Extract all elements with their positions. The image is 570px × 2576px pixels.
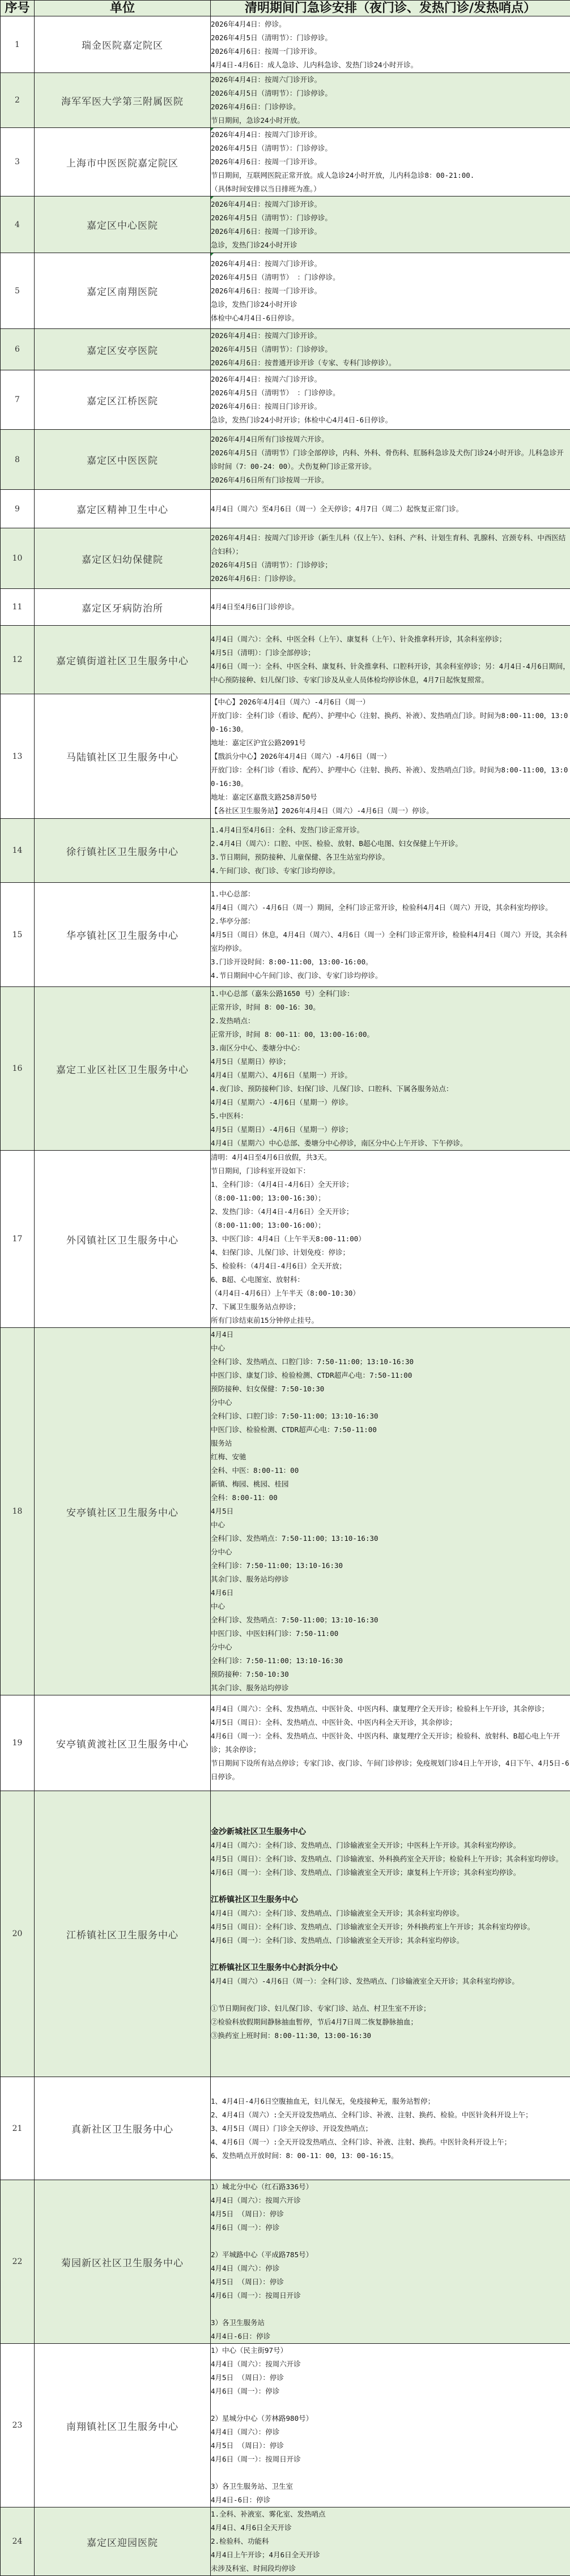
row-seq: 10 <box>1 528 35 589</box>
arrangement-line: 2026年4月4日所有门诊按周六开诊。 <box>211 433 570 446</box>
arrangement-line: 2026年4月6日：门诊停诊。 <box>211 572 570 586</box>
comment-marker-icon <box>211 196 214 199</box>
row-arrangement: 1.4月4日至4月6日：全科、发热门诊正常开诊。 2.4月4日（周六）：口腔、中… <box>211 819 570 883</box>
row-arrangement: 4月4日至4月6日门诊停诊。 <box>211 589 570 626</box>
arrangement-line: 2026年4月6日：按周一门诊开诊。 <box>211 225 570 238</box>
arrangement-line: 4月5日（周日）：全科门诊、发热哨点、门诊输液室、外科换药室全天开诊；检验科上午… <box>211 1852 570 1866</box>
arrangement-line: 4月4日-4月6日：成人急诊、儿内科急诊、发热门诊24小时开诊。 <box>211 58 570 72</box>
arrangement-line: 中医门诊、检验检测、CTDR超声心电：7:50-11:00 <box>211 1423 570 1437</box>
arrangement-line: 2026年4月6日所有门诊按周一开诊。 <box>211 473 570 487</box>
arrangement-line: 4月5日（周日）：全科门诊、发热哨点、门诊输液室全天开诊；外科换药室上午开诊；其… <box>211 1920 570 1934</box>
arrangement-line: 2026年4月4日：按周六门诊开诊。 <box>211 73 570 87</box>
arrangement-line: 1）城北分中心（红石路336号） <box>211 2180 570 2194</box>
arrangement-line: 4月4日（周六）：停诊 <box>211 2262 570 2275</box>
arrangement-line: 2）星城分中心（芳林路980号） <box>211 2412 570 2425</box>
arrangement-line: 4月4日（周六）-4月6日（周一）：全科门诊、发热哨点、门诊输液室全天开诊；其余… <box>211 1975 570 1988</box>
arrangement-line: 4月6日 <box>211 1586 570 1600</box>
row-seq: 19 <box>1 1695 35 1791</box>
row-unit: 嘉定区南翔医院 <box>35 253 211 329</box>
arrangement-line: 新镇、梅园、桃园、桂园 <box>211 1477 570 1491</box>
arrangement-line: 2026年4月4日：按周六门诊开诊。 <box>211 329 570 343</box>
arrangement-line: 正常开诊，时间 8：00-11：00，13:00-16:00。 <box>211 1028 570 1041</box>
arrangement-line: 其余门诊、服务站均停诊 <box>211 1573 570 1586</box>
table-row: 17 外冈镇社区卫生服务中心 清明：4月4日至4月6日放假，共3天。 节日期间，… <box>1 1151 570 1328</box>
arrangement-line: 4、妇保门诊、儿保门诊、计划免疫：停诊； <box>211 1246 570 1259</box>
arrangement-line: 2026年4月4日：按周六门诊开诊。 <box>211 128 570 142</box>
table-row: 5 嘉定区南翔医院 2026年4月4日：按周六门诊开诊。 2026年4月5日（清… <box>1 253 570 329</box>
arrangement-line: 5、检验科：（4月4日-4月6日）全天开放； <box>211 1259 570 1273</box>
row-unit: 嘉定镇街道社区卫生服务中心 <box>35 626 211 694</box>
row-seq: 24 <box>1 2507 35 2576</box>
arrangement-line: 节日期间，门诊科室开设如下： <box>211 1164 570 1178</box>
arrangement-line: 节日期间，急诊24小时开放。 <box>211 114 570 127</box>
arrangement-line: 4月6日（周一）：全科、发热哨点、中医针灸、中医内科、康复理疗全天开诊；检验科、… <box>211 1729 570 1757</box>
note-line: ①节日期间夜门诊、妇儿保门诊、专家门诊、站点、村卫生室不开诊； <box>211 2002 570 2015</box>
arrangement-line: 4.午间门诊、夜门诊、专家门诊均停诊。 <box>211 864 570 878</box>
arrangement-line: 4月4日（周六）至4月6日（周一）全天停诊；4月7日（周二）起恢复正常门诊。 <box>211 502 570 516</box>
arrangement-line: 2026年4月6日：按周一门诊开诊。 <box>211 284 570 298</box>
arrangement-line: 【戬浜分中心】2026年4月4日（周六）-4月6日（周一） <box>211 750 570 763</box>
arrangement-line: 4.节日期间中心午间门诊、夜门诊、专家门诊均停诊。 <box>211 969 570 982</box>
arrangement-line: 2.华亭分部： <box>211 915 570 928</box>
note-line: ②检验科放假期间静脉抽血暂停，节后4月7日周二恢复静脉抽血； <box>211 2015 570 2029</box>
arrangement-line: 4.夜门诊、预防接种门诊、妇保门诊、儿保门诊、口腔科、下属各服务站点： <box>211 1082 570 1096</box>
arrangement-line: 2026年4月5日（清明节）：门诊停诊。 <box>211 343 570 356</box>
row-arrangement: 金沙新城社区卫生服务中心 4月4日（周六）：全科门诊、发热哨点、门诊输液室全天开… <box>211 1791 570 2077</box>
row-seq: 20 <box>1 1791 35 2077</box>
row-seq: 22 <box>1 2180 35 2344</box>
arrangement-line: 4月4日至4月6日门诊停诊。 <box>211 600 570 614</box>
row-arrangement: 2026年4月4日：按周六门诊开诊。 2026年4月5日（清明节）：门诊停诊。 … <box>211 73 570 128</box>
arrangement-line: 3.南区分中心、娄塘分中心： <box>211 1041 570 1055</box>
arrangement-line: 预防接种、妇女保健：7:50-10:30 <box>211 1382 570 1396</box>
arrangement-line: 2026年4月4日：按周六门诊开诊（新生儿科（仅上午）、妇科、产科、计划生育科、… <box>211 531 570 558</box>
row-arrangement: 1、4月4日-4月6日空腹抽血无，妇儿保无，免疫接种无，服务站暂停； 2、4月4… <box>211 2077 570 2180</box>
arrangement-line: 4月4日（周六）：全科、中医全科（上午）、康复科（上午）、针灸推拿科开诊，其余科… <box>211 633 570 646</box>
arrangement-line: 地址：嘉定区沪宜公路2091号 <box>211 736 570 750</box>
arrangement-line: 【各社区卫生服务站】2026年4月4日（周六）-4月6日（周一）停诊。 <box>211 804 570 818</box>
row-unit: 马陆镇社区卫生服务中心 <box>35 694 211 819</box>
row-seq: 1 <box>1 16 35 73</box>
table-row: 7 嘉定区江桥医院 2026年4月4日：按周六门诊开诊。 2026年4月5日（清… <box>1 370 570 430</box>
arrangement-line: 4月6日（周一）：全科、中医全科、康复科、针灸推拿科、口腔科开诊，其余科室停诊；… <box>211 660 570 687</box>
row-unit: 安亭镇社区卫生服务中心 <box>35 1328 211 1695</box>
arrangement-line: 4月5日 <box>211 1505 570 1518</box>
row-seq: 9 <box>1 490 35 528</box>
table-row: 15 华亭镇社区卫生服务中心 1.中心总部： 4月4日（周六）-4月6日（周一）… <box>1 883 570 987</box>
row-unit: 嘉定区中心医院 <box>35 196 211 253</box>
arrangement-line: 2026年4月4日：按周六门诊开诊。 <box>211 257 570 271</box>
table-row: 1 瑞金医院嘉定院区 2026年4月4日：停诊。 2026年4月5日（清明节）：… <box>1 16 570 73</box>
row-unit: 华亭镇社区卫生服务中心 <box>35 883 211 987</box>
row-unit: 嘉定区迎园医院 <box>35 2507 211 2576</box>
arrangement-line: 未涉及科室、时间段均停诊 <box>211 2562 570 2575</box>
row-seq: 5 <box>1 253 35 329</box>
table-row: 8 嘉定区中医医院 2026年4月4日所有门诊按周六开诊。 2026年4月5日（… <box>1 430 570 490</box>
arrangement-line: 所有门诊结束前15分钟停止挂号。 <box>211 1314 570 1327</box>
table-row: 23 南翔镇社区卫生服务中心 1）中心（民主街97号） 4月4日（周六）：按周六… <box>1 2344 570 2507</box>
arrangement-line: 6、B超、心电图室、放射科： <box>211 1273 570 1287</box>
arrangement-line: 4月4日上午开诊；4月6日全天开诊 <box>211 2548 570 2562</box>
row-seq: 3 <box>1 128 35 196</box>
row-unit: 嘉定区牙病防治所 <box>35 589 211 626</box>
table-row: 21 真新社区卫生服务中心 1、4月4日-4月6日空腹抽血无，妇儿保无，免疫接种… <box>1 2077 570 2180</box>
arrangement-line: 3）各卫生服务站 <box>211 2316 570 2330</box>
row-arrangement: 2026年4月4日：按周六门诊开诊。 2026年4月5日（清明节）：门诊停诊。 … <box>211 196 570 253</box>
arrangement-line: 急诊，发热门诊24小时开诊；体检中心4月4日-6日停诊。 <box>211 413 570 427</box>
spacer <box>211 1947 570 1961</box>
row-unit: 菊园新区社区卫生服务中心 <box>35 2180 211 2344</box>
row-unit: 上海市中医医院嘉定院区 <box>35 128 211 196</box>
table-row: 3 上海市中医医院嘉定院区 2026年4月4日：按周六门诊开诊。 2026年4月… <box>1 128 570 196</box>
arrangement-line: 全科：8:00-11：00 <box>211 1491 570 1505</box>
row-unit: 真新社区卫生服务中心 <box>35 2077 211 2180</box>
arrangement-line: 1）中心（民主街97号） <box>211 2344 570 2357</box>
row-seq: 2 <box>1 73 35 128</box>
arrangement-line: 中心 <box>211 1600 570 1613</box>
arrangement-line: 4月6日（周一）：全科门诊、发热哨点、门诊输液室全天开诊；其余科室均停诊。 <box>211 1934 570 1947</box>
arrangement-line: 4月5日 （周日）：停诊 <box>211 2275 570 2289</box>
arrangement-line: 2026年4月5日（清明节） ：门诊停诊。 <box>211 386 570 400</box>
arrangement-line: 全科门诊、发热哨点、口腔门诊：7:50-11:00；13:10-16:30 <box>211 1355 570 1369</box>
comment-marker-icon <box>211 253 214 256</box>
row-seq: 16 <box>1 987 35 1151</box>
arrangement-line: 4月4日-6日：停诊 <box>211 2330 570 2343</box>
arrangement-line: 2、发热门诊：（4月4日-4月6日）全天开诊； <box>211 1205 570 1219</box>
arrangement-line: （4月4日-4月6日）上午半天（8:00-10:30） <box>211 1287 570 1300</box>
row-seq: 13 <box>1 694 35 819</box>
row-seq: 14 <box>1 819 35 883</box>
spacer <box>211 2302 570 2316</box>
spacer <box>211 1988 570 2002</box>
table-row: 6 嘉定区安亭医院 2026年4月4日：按周六门诊开诊。 2026年4月5日（清… <box>1 329 570 370</box>
table-row: 11 嘉定区牙病防治所 4月4日至4月6日门诊停诊。 <box>1 589 570 626</box>
arrangement-line: 全科门诊：7:50-11:00；13:10-16:30 <box>211 1654 570 1668</box>
arrangement-line: 2.4月4日（周六）：口腔、中医、检验、放射、B超心电图、妇女保健上午开诊。 <box>211 837 570 851</box>
spacer <box>211 2235 570 2248</box>
arrangement-line: （8:00-11:00；13:00-16:00）； <box>211 1219 570 1232</box>
arrangement-line: 4月5日（星期日）-4月6日（星期一）停诊； <box>211 1123 570 1137</box>
row-arrangement: 1）城北分中心（红石路336号） 4月4日（周六）：按周六开诊 4月5日 （周日… <box>211 2180 570 2344</box>
arrangement-line: 4月5日 （周日）：停诊 <box>211 2439 570 2453</box>
arrangement-line: 2026年4月5日（清明节）：门诊停诊。 <box>211 211 570 225</box>
row-arrangement: 4月4日（周六）：全科、发热哨点、中医针灸、中医内科、康复理疗全天开诊；检验科上… <box>211 1695 570 1791</box>
arrangement-line: 清明：4月4日至4月6日放假，共3天。 <box>211 1151 570 1164</box>
arrangement-line: 预防接种：7:50-10:30 <box>211 1668 570 1681</box>
table-row: 18 安亭镇社区卫生服务中心 4月4日 中心 全科门诊、发热哨点、口腔门诊：7:… <box>1 1328 570 1695</box>
arrangement-line: 4月4日（星期六）-4月6日（星期一）停诊。 <box>211 1096 570 1109</box>
arrangement-line: 4月4日（周六）-4月6日（周一）期间，全科门诊正常开诊，检验科4月4日（周六）… <box>211 901 570 915</box>
arrangement-line: 4月5日（周日）休息，4月4日（周六）、4月6日（周一）全科门诊正常开诊，检验科… <box>211 928 570 955</box>
arrangement-line: 开放门诊：全科门诊（看诊、配药）、护理中心（注射、换药、补液）、发热哨点门诊。时… <box>211 763 570 791</box>
row-arrangement: 4月4日（周六）至4月6日（周一）全天停诊；4月7日（周二）起恢复正常门诊。 <box>211 490 570 528</box>
arrangement-line: 2026年4月4日：停诊。 <box>211 18 570 31</box>
row-arrangement: 1）中心（民主街97号） 4月4日（周六）：按周六开诊 4月5日 （周日）：停诊… <box>211 2344 570 2507</box>
arrangement-line: 2026年4月6日：按普通开诊开诊（专家、专科门诊停诊）。 <box>211 356 570 370</box>
header-row: 序号 单位 清明期间门急诊安排（夜门诊、发热门诊/发热哨点） <box>1 1 570 16</box>
row-seq: 21 <box>1 2077 35 2180</box>
row-seq: 15 <box>1 883 35 987</box>
arrangement-line: 4月4日、4月6日全天开诊 <box>211 2521 570 2535</box>
arrangement-line: 中心 <box>211 1518 570 1532</box>
arrangement-line: 2026年4月6日：门诊停诊。 <box>211 100 570 114</box>
row-unit: 瑞金医院嘉定院区 <box>35 16 211 73</box>
arrangement-line: 4月5日（清明）：门诊全部停诊； <box>211 646 570 660</box>
arrangement-line: 中医门诊、中医妇科门诊：7:50-11:00 <box>211 1627 570 1641</box>
arrangement-line: 1、全科门诊：（4月4日-4月6日）全天开诊； <box>211 1178 570 1191</box>
row-arrangement: 2026年4月4日：按周六门诊开诊（新生儿科（仅上午）、妇科、产科、计划生育科、… <box>211 528 570 589</box>
table-row: 10 嘉定区妇幼保健院 2026年4月4日：按周六门诊开诊（新生儿科（仅上午）、… <box>1 528 570 589</box>
arrangement-line: 4月4日-6日：停诊 <box>211 2493 570 2507</box>
row-arrangement: 2026年4月4日：按周六门诊开诊。 2026年4月5日（清明节） ：门诊停诊。… <box>211 253 570 329</box>
row-seq: 23 <box>1 2344 35 2507</box>
arrangement-line: 4月6日（周一）：按周日开诊 <box>211 2289 570 2302</box>
arrangement-line: 6、发热哨点开放时间：8：00-11：00，13：00-16:15。 <box>211 2149 570 2163</box>
arrangement-line: 【中心】2026年4月4日（周六）-4月6日（周一） <box>211 695 570 709</box>
row-arrangement: 2026年4月4日：停诊。 2026年4月5日（清明节）：门诊停诊。 2026年… <box>211 16 570 73</box>
table-row: 4 嘉定区中心医院 2026年4月4日：按周六门诊开诊。 2026年4月5日（清… <box>1 196 570 253</box>
section-title: 江桥镇社区卫生服务中心 <box>211 1893 570 1907</box>
arrangement-line: 全科、中医：8:00-11：00 <box>211 1464 570 1477</box>
arrangement-line: 其余门诊、服务站均停诊 <box>211 1681 570 1695</box>
arrangement-line: 2026年4月5日（清明节）：门诊停诊。 <box>211 87 570 100</box>
arrangement-line: 1.中心总部： <box>211 887 570 901</box>
section-title: 江桥镇社区卫生服务中心封浜分中心 <box>211 1961 570 1975</box>
arrangement-line: 1、4月4日-4月6日空腹抽血无，妇儿保无，免疫接种无，服务站暂停； <box>211 2095 570 2108</box>
row-seq: 4 <box>1 196 35 253</box>
arrangement-line: 正常开诊，时间 8：00-16：30。 <box>211 1001 570 1014</box>
arrangement-line: 2.发热哨点： <box>211 1014 570 1028</box>
row-arrangement: 2026年4月4日：按周六门诊开诊。 2026年4月5日（清明节） ：门诊停诊。… <box>211 370 570 430</box>
row-seq: 6 <box>1 329 35 370</box>
row-arrangement: 4月4日（周六）：全科、中医全科（上午）、康复科（上午）、针灸推拿科开诊，其余科… <box>211 626 570 694</box>
arrangement-line: 2026年4月4日：按周六门诊开诊。 <box>211 198 570 211</box>
arrangement-line: 4月4日（星期六）、4月6日（星期一）开诊。 <box>211 1069 570 1082</box>
arrangement-line: 4、4月6日（周一）:全天开设发热哨点、全科门诊、补液、注射、换药。中医针灸科开… <box>211 2135 570 2149</box>
arrangement-line: 服务站 <box>211 1437 570 1450</box>
arrangement-line: （8:00-11:00；13:00-16:30）； <box>211 1191 570 1205</box>
arrangement-line: 中医门诊、康复门诊、检验检测、CTDR超声心电：7:50-11:00 <box>211 1369 570 1382</box>
arrangement-line: 4月4日（周六）：按周六开诊 <box>211 2194 570 2207</box>
arrangement-line: 2、4月4日（周六）:全天开设发热哨点、全科门诊、补液、注射、换药、检验。中医针… <box>211 2108 570 2122</box>
arrangement-line: 4月4日（周六）：全科、发热哨点、中医针灸、中医内科、康复理疗全天开诊；检验科上… <box>211 1702 570 1716</box>
row-unit: 嘉定工业区社区卫生服务中心 <box>35 987 211 1151</box>
row-unit: 江桥镇社区卫生服务中心 <box>35 1791 211 2077</box>
row-seq: 12 <box>1 626 35 694</box>
row-unit: 南翔镇社区卫生服务中心 <box>35 2344 211 2507</box>
arrangement-line: 7、下属卫生服务站点停诊； <box>211 1300 570 1314</box>
row-seq: 11 <box>1 589 35 626</box>
arrangement-line: 开放门诊：全科门诊（看诊、配药）、护理中心（注射、换药、补液）、发热哨点门诊。时… <box>211 709 570 736</box>
arrangement-line: 4月5日 （周日）：停诊 <box>211 2371 570 2385</box>
arrangement-line: 全科门诊、发热哨点：7:50-11:00；13:10-16:30 <box>211 1532 570 1545</box>
row-unit: 嘉定区精神卫生中心 <box>35 490 211 528</box>
row-arrangement: 2026年4月4日：按周六门诊开诊。 2026年4月5日（清明节）：门诊停诊。 … <box>211 128 570 196</box>
arrangement-line: 4月4日（周六）：全科门诊、发热哨点、门诊输液室全天开诊；其余科室均停诊。 <box>211 1907 570 1920</box>
arrangement-line: 全科门诊、发热哨点：7:50-11:00；13:10-16:30 <box>211 1613 570 1627</box>
arrangement-line: （具体时间安排以当日排班为准。） <box>211 182 570 196</box>
arrangement-line: 分中心 <box>211 1641 570 1654</box>
arrangement-line: 4月4日（周六）：按周六开诊 <box>211 2357 570 2371</box>
arrangement-line: 分中心 <box>211 1396 570 1409</box>
arrangement-line: 2026年4月5日（清明节）：门诊停诊。 <box>211 142 570 155</box>
table-row: 16 嘉定工业区社区卫生服务中心 1.中心总部（嘉朱公路1650 号）全科门诊：… <box>1 987 570 1151</box>
row-seq: 8 <box>1 430 35 490</box>
comment-marker-icon <box>211 128 214 131</box>
row-unit: 徐行镇社区卫生服务中心 <box>35 819 211 883</box>
arrangement-line: 2026年4月4日：按周六门诊开诊。 <box>211 373 570 386</box>
arrangement-line: 3、4月5日（周日）门诊全天停诊、开设发热哨点； <box>211 2122 570 2135</box>
arrangement-line: 2026年4月5日（清明节）：门诊停诊。 <box>211 31 570 45</box>
row-arrangement: 【中心】2026年4月4日（周六）-4月6日（周一） 开放门诊：全科门诊（看诊、… <box>211 694 570 819</box>
row-arrangement: 2026年4月4日所有门诊按周六开诊。 2026年4月5日（清明节）门诊全部停诊… <box>211 430 570 490</box>
arrangement-line: 4月5日 （周日）：停诊 <box>211 2207 570 2221</box>
table-row: 13 马陆镇社区卫生服务中心 【中心】2026年4月4日（周六）-4月6日（周一… <box>1 694 570 819</box>
arrangement-line: 2026年4月6日：按周日门诊开诊。 <box>211 400 570 413</box>
arrangement-line: 5.中医科： <box>211 1109 570 1123</box>
row-seq: 7 <box>1 370 35 430</box>
arrangement-line: 2）平城路中心（平成路785号） <box>211 2248 570 2262</box>
arrangement-line: 节日期间下设所有站点停诊；专家门诊、夜门诊、午间门诊停诊；免疫规划门诊4日上午开… <box>211 1757 570 1784</box>
table-row: 20 江桥镇社区卫生服务中心 金沙新城社区卫生服务中心 4月4日（周六）：全科门… <box>1 1791 570 2077</box>
row-unit: 嘉定区中医医院 <box>35 430 211 490</box>
row-unit: 海军军医大学第三附属医院 <box>35 73 211 128</box>
table-row: 19 安亭镇黄渡社区卫生服务中心 4月4日（周六）：全科、发热哨点、中医针灸、中… <box>1 1695 570 1791</box>
arrangement-line: 地址：嘉定区嘉戬支路258弄50号 <box>211 791 570 804</box>
arrangement-line: 全科门诊、口腔门诊：7:50-11:00；13:10-16:30 <box>211 1409 570 1423</box>
table-row: 22 菊园新区社区卫生服务中心 1）城北分中心（红石路336号） 4月4日（周六… <box>1 2180 570 2344</box>
table-row: 9 嘉定区精神卫生中心 4月4日（周六）至4月6日（周一）全天停诊；4月7日（周… <box>1 490 570 528</box>
row-unit: 嘉定区江桥医院 <box>35 370 211 430</box>
spacer <box>211 2398 570 2412</box>
table-row: 12 嘉定镇街道社区卫生服务中心 4月4日（周六）：全科、中医全科（上午）、康复… <box>1 626 570 694</box>
arrangement-line: 急诊，发热门诊24小时开诊 <box>211 238 570 252</box>
arrangement-line: 4月6日（周一）：停诊 <box>211 2385 570 2398</box>
arrangement-line: 4月5日（周日）：全科、发热哨点、中医针灸、中医内科全天开诊，其余停诊； <box>211 1716 570 1729</box>
row-unit: 嘉定区安亭医院 <box>35 329 211 370</box>
row-arrangement: 1.中心总部： 4月4日（周六）-4月6日（周一）期间，全科门诊正常开诊，检验科… <box>211 883 570 987</box>
arrangement-line: 4月6日（周一）：停诊 <box>211 2221 570 2235</box>
arrangement-line: 红梅、安驰 <box>211 1450 570 1464</box>
row-arrangement: 4月4日 中心 全科门诊、发热哨点、口腔门诊：7:50-11:00；13:10-… <box>211 1328 570 1695</box>
row-unit: 外冈镇社区卫生服务中心 <box>35 1151 211 1328</box>
row-arrangement: 2026年4月4日：按周六门诊开诊。 2026年4月5日（清明节）：门诊停诊。 … <box>211 329 570 370</box>
arrangement-line: 3）各卫生服务站、卫生室 <box>211 2480 570 2493</box>
arrangement-line: 中心 <box>211 1342 570 1355</box>
arrangement-line: 4月4日（星期六）中心总部、娄塘分中心停诊，南区分中心上午开诊、下午停诊。 <box>211 1137 570 1150</box>
arrangement-line: 4月4日 <box>211 1328 570 1342</box>
arrangement-line: 全科门诊：7:50-11:00；13:10-16:30 <box>211 1559 570 1573</box>
arrangement-line: 节日期间，互联网医院正常开放。成人急诊24小时开放，儿内科急诊8：00-21:0… <box>211 169 570 182</box>
arrangement-line: 2026年4月5日（清明节）：门诊停诊； <box>211 558 570 572</box>
spacer <box>211 2466 570 2480</box>
header-seq: 序号 <box>1 1 35 16</box>
schedule-table: 序号 单位 清明期间门急诊安排（夜门诊、发热门诊/发热哨点） 1 瑞金医院嘉定院… <box>0 0 570 2576</box>
arrangement-line: 2026年4月6日：按周一门诊开诊。 <box>211 155 570 169</box>
row-arrangement: 1.全科、补液室、雾化室、发热哨点 4月4日、4月6日全天开诊 2.检验科、功能… <box>211 2507 570 2576</box>
arrangement-line: 2026年4月6日：按周一门诊开诊。 <box>211 45 570 58</box>
arrangement-line: 2.检验科、功能科 <box>211 2535 570 2548</box>
row-unit: 嘉定区妇幼保健院 <box>35 528 211 589</box>
arrangement-line: 1.全科、补液室、雾化室、发热哨点 <box>211 2507 570 2521</box>
table-row: 24 嘉定区迎园医院 1.全科、补液室、雾化室、发热哨点 4月4日、4月6日全天… <box>1 2507 570 2576</box>
arrangement-line: 1.4月4日至4月6日：全科、发热门诊正常开诊。 <box>211 823 570 837</box>
arrangement-line: 1.中心总部（嘉朱公路1650 号）全科门诊： <box>211 987 570 1001</box>
arrangement-line: 分中心 <box>211 1545 570 1559</box>
arrangement-line: 4月4日（周六）：停诊 <box>211 2425 570 2439</box>
row-seq: 18 <box>1 1328 35 1695</box>
table-row: 14 徐行镇社区卫生服务中心 1.4月4日至4月6日：全科、发热门诊正常开诊。 … <box>1 819 570 883</box>
arrangement-line: 4月6日（周一）：全科门诊、发热哨点、门诊输液室全天开诊；康复科上午开诊；其余科… <box>211 1866 570 1879</box>
row-arrangement: 清明：4月4日至4月6日放假，共3天。 节日期间，门诊科室开设如下： 1、全科门… <box>211 1151 570 1328</box>
row-seq: 17 <box>1 1151 35 1328</box>
arrangement-line: 4月4日（周六）：全科门诊、发热哨点、门诊输液室全天开诊；中医科上午开诊。其余科… <box>211 1839 570 1852</box>
spacer <box>211 1879 570 1893</box>
arrangement-line: 4月5日（星期日）停诊； <box>211 1055 570 1069</box>
arrangement-line: 体检中心4月4日-6日停诊。 <box>211 311 570 325</box>
header-unit: 单位 <box>35 1 211 16</box>
header-arrangement: 清明期间门急诊安排（夜门诊、发热门诊/发热哨点） <box>211 1 570 16</box>
arrangement-line: 2026年4月5日（清明节）门诊全部停诊，内科、外科、骨伤科、肛肠科急诊及犬伤门… <box>211 446 570 473</box>
arrangement-line: 3.节日期间，预防接种、儿童保健、各卫生站室均停诊。 <box>211 851 570 864</box>
arrangement-line: 急诊，发热门诊24小时开诊 <box>211 298 570 311</box>
note-line: ③换药室上班时间：8:00-11:30，13:00-16:30 <box>211 2029 570 2043</box>
arrangement-line: 3、中医门诊：4月4日（上午半天8:00-11:00） <box>211 1232 570 1246</box>
arrangement-line: 3.门诊开设时间：8:00-11:00，13:00-16:00。 <box>211 955 570 969</box>
row-arrangement: 1.中心总部（嘉朱公路1650 号）全科门诊： 正常开诊，时间 8：00-16：… <box>211 987 570 1151</box>
arrangement-line: 4月6日（周一）：按周日开诊 <box>211 2453 570 2466</box>
arrangement-line: 2026年4月5日（清明节） ：门诊停诊。 <box>211 271 570 284</box>
row-unit: 安亭镇黄渡社区卫生服务中心 <box>35 1695 211 1791</box>
table-row: 2 海军军医大学第三附属医院 2026年4月4日：按周六门诊开诊。 2026年4… <box>1 73 570 128</box>
table-body: 1 瑞金医院嘉定院区 2026年4月4日：停诊。 2026年4月5日（清明节）：… <box>1 16 570 2576</box>
section-title: 金沙新城社区卫生服务中心 <box>211 1825 570 1839</box>
